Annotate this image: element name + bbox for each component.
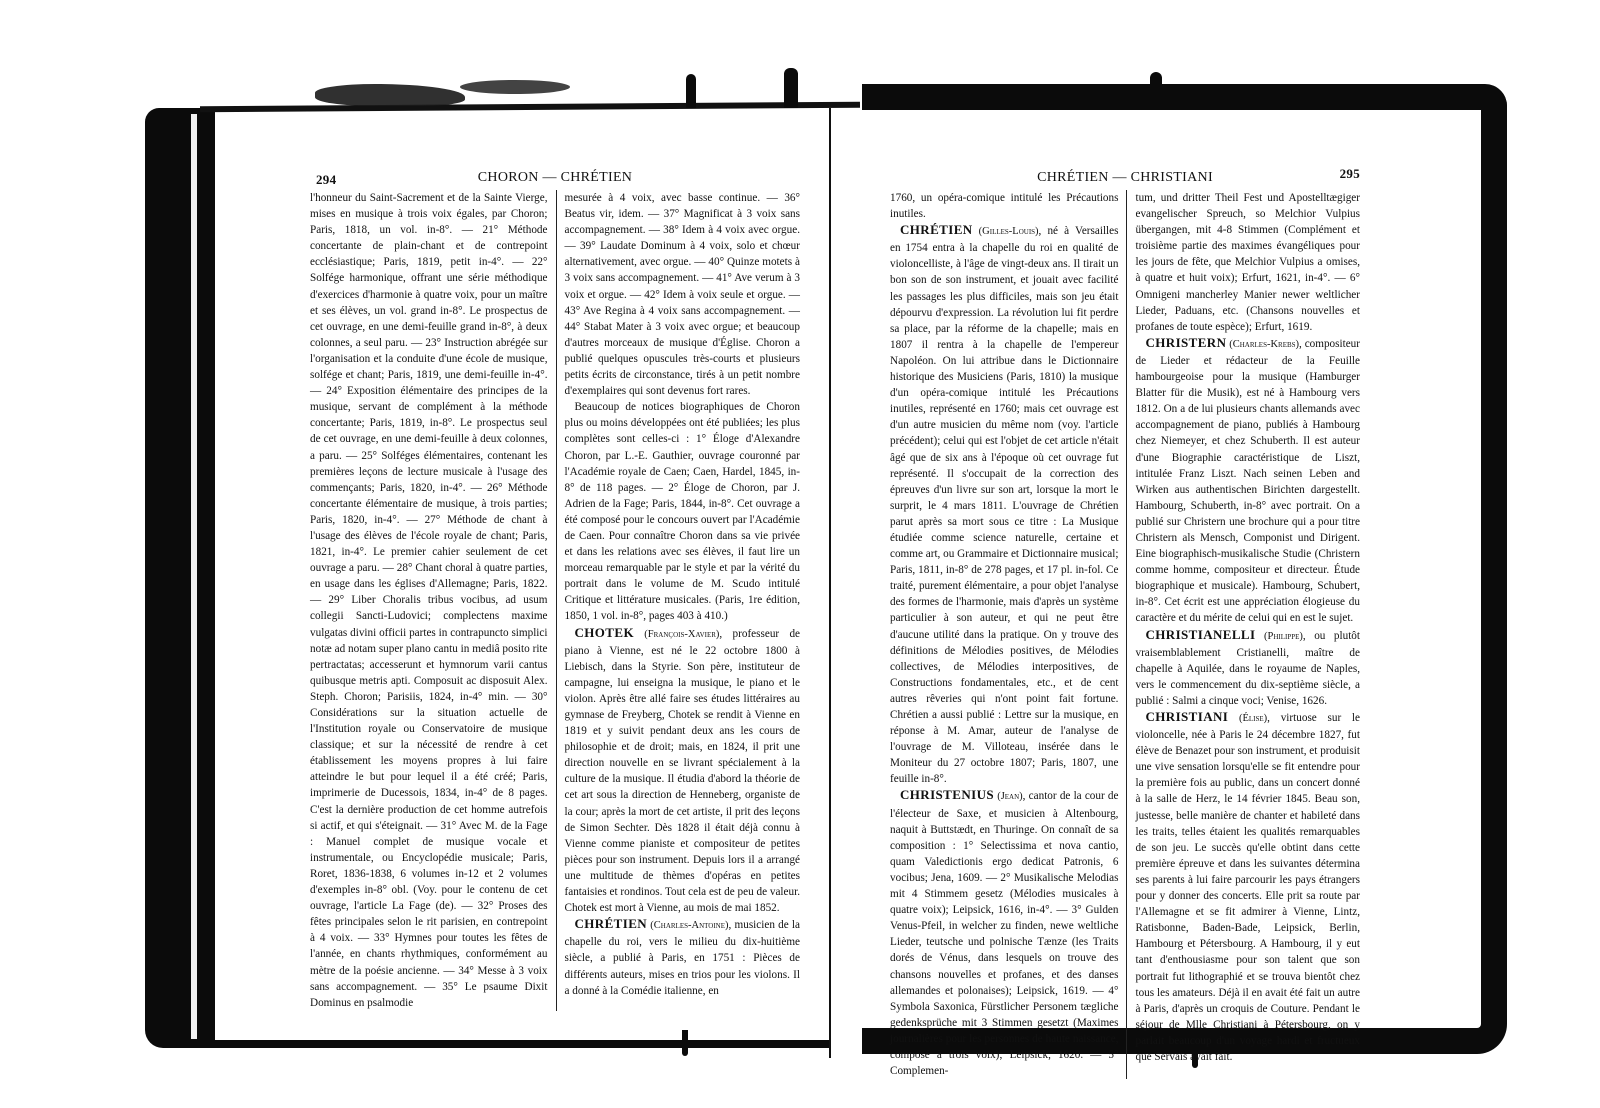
entry-qualifier: (François-Xavier): [644, 629, 719, 640]
entry-body: , professeur de piano à Vienne, est né l…: [565, 628, 801, 915]
entry-qualifier: (Gilles-Louis): [979, 226, 1039, 237]
dictionary-entry-christianelli: CHRISTIANELLI (Philippe), ou plutôt vrai…: [1135, 627, 1360, 709]
book-gutter: [829, 108, 831, 1058]
entry-headword: CHRISTIANI: [1145, 709, 1228, 724]
left-page: 294 CHORON — CHRÉTIEN l'honneur du Saint…: [310, 160, 800, 1011]
paragraph: l'honneur du Saint-Sacrement et de la Sa…: [310, 190, 548, 1011]
running-head: CHRÉTIEN — CHRISTIANI 295: [890, 160, 1360, 190]
page-number: 295: [1340, 166, 1360, 182]
entry-headword: CHOTEK: [575, 625, 634, 640]
entry-qualifier: (Jean): [997, 791, 1022, 802]
entry-body: , né à Versailles en 1754 entra à la cha…: [890, 225, 1118, 785]
dictionary-entry-christern: CHRISTERN (Charles-Krebs), compositeur d…: [1135, 335, 1360, 627]
paragraph: 1760, un opéra-comique intitulé les Préc…: [890, 190, 1118, 222]
entry-qualifier: (Philippe): [1264, 631, 1303, 642]
paragraph: Beaucoup de notices biographiques de Cho…: [565, 399, 801, 624]
column-1: 1760, un opéra-comique intitulé les Préc…: [890, 190, 1127, 1079]
right-page: CHRÉTIEN — CHRISTIANI 295 1760, un opéra…: [890, 160, 1360, 1079]
entry-headword: CHRÉTIEN: [900, 222, 973, 237]
dictionary-entry-christenius: CHRISTENIUS (Jean), cantor de la cour de…: [890, 787, 1118, 1079]
entry-qualifier: (Charles-Antoine): [650, 920, 728, 931]
page-tab-marker: [686, 74, 696, 108]
paragraph: mesurée à 4 voix, avec basse continue. —…: [565, 190, 801, 399]
scan-border-top-left: [200, 102, 860, 113]
paragraph: tum, und dritter Theil Fest und Apostell…: [1135, 190, 1360, 335]
entry-body: , compositeur de Lieder et rédacteur de …: [1135, 338, 1360, 625]
dictionary-entry-chretien-charles-antoine: CHRÉTIEN (Charles-Antoine), musicien de …: [565, 916, 801, 998]
running-head: 294 CHORON — CHRÉTIEN: [310, 160, 800, 190]
entry-qualifier: (Charles-Krebs): [1229, 339, 1299, 350]
text-columns: l'honneur du Saint-Sacrement et de la Sa…: [310, 190, 800, 1011]
running-head-title: CHRÉTIEN — CHRISTIANI: [890, 170, 1360, 186]
column-2: mesurée à 4 voix, avec basse continue. —…: [557, 190, 801, 1011]
column-2: tum, und dritter Theil Fest und Apostell…: [1127, 190, 1360, 1079]
page-tab-marker: [784, 68, 798, 108]
entry-headword: CHRISTIANELLI: [1145, 627, 1255, 642]
dictionary-entry-chotek: CHOTEK (François-Xavier), professeur de …: [565, 625, 801, 917]
entry-body: , cantor de la cour de l'électeur de Sax…: [890, 790, 1118, 1077]
scan-smudge: [460, 80, 570, 94]
scan-smudge: [315, 84, 465, 106]
column-1: l'honneur du Saint-Sacrement et de la Sa…: [310, 190, 557, 1011]
dictionary-entry-chretien-gilles-louis: CHRÉTIEN (Gilles-Louis), né à Versailles…: [890, 222, 1118, 787]
entry-headword: CHRISTERN: [1145, 335, 1226, 350]
entry-qualifier: (Élise): [1239, 713, 1267, 724]
dictionary-entry-christiani: CHRISTIANI (Élise), virtuose sur le viol…: [1135, 709, 1360, 1065]
text-columns: 1760, un opéra-comique intitulé les Préc…: [890, 190, 1360, 1079]
running-head-title: CHORON — CHRÉTIEN: [310, 170, 800, 186]
scan-border-left: [145, 108, 215, 1048]
entry-headword: CHRISTENIUS: [900, 787, 994, 802]
entry-body: , virtuose sur le violoncelle, née à Par…: [1135, 712, 1360, 1063]
entry-headword: CHRÉTIEN: [575, 916, 648, 931]
scan-mark: [682, 1030, 688, 1056]
scan-border-bottom-left: [170, 1040, 830, 1048]
